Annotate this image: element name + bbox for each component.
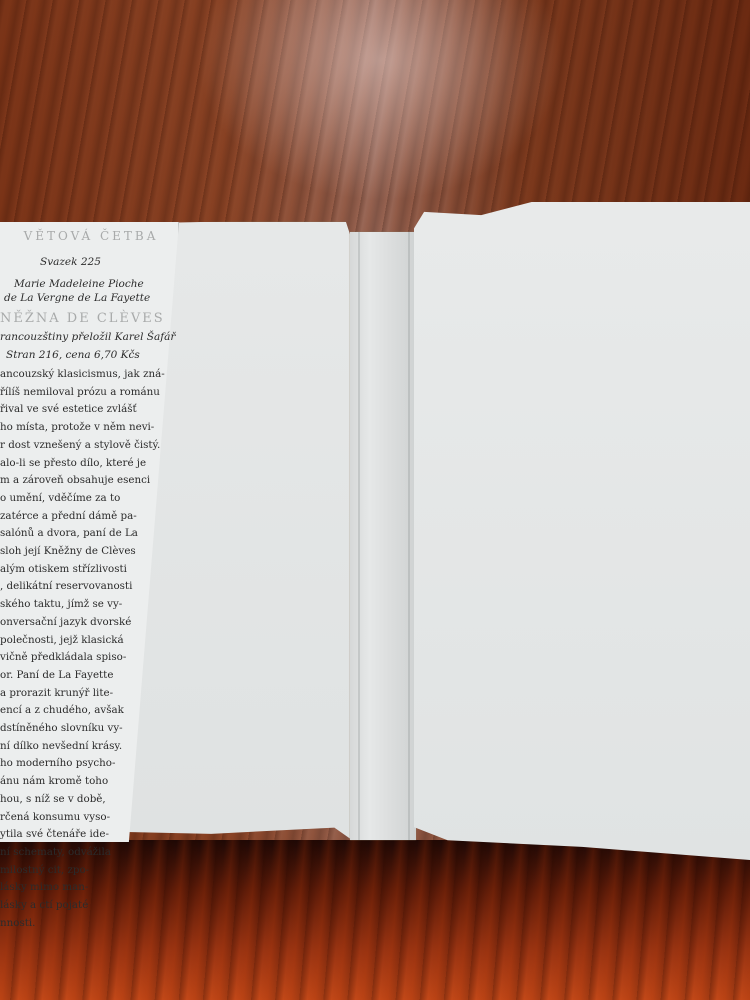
blurb-line: a prorazit krunýř lite-: [0, 685, 170, 703]
volume-number: Svazek 225: [40, 254, 101, 272]
blurb-line: vičně předkládala spiso-: [0, 649, 170, 667]
blurb-line: řival ve své estetice zvlášť: [0, 401, 170, 419]
blurb-line: sloh její Kněžny de Clèves: [0, 543, 170, 561]
blurb-line: , delikátní reservovanosti: [0, 578, 170, 596]
blurb-line: encí a z chudého, avšak: [0, 702, 170, 720]
blurb-line: polečnosti, jejž klasická: [0, 632, 170, 650]
dust-jacket-front-panel: [414, 202, 750, 860]
blurb-line: milostný cit, zpo-: [0, 862, 170, 880]
blurb-line: ho moderního psycho-: [0, 755, 170, 773]
series-name: VĚTOVÁ ČETBA: [6, 228, 176, 246]
pages-and-price: Stran 216, cena 6,70 Kčs: [6, 347, 140, 365]
blurb-line: o umění, vděčíme za to: [0, 490, 170, 508]
blurb-line: ancouzský klasicismus, jak zná-: [0, 366, 170, 384]
blurb-line: dstíněného slovníku vy-: [0, 720, 170, 738]
blurb-line: rčená konsumu vyso-: [0, 809, 170, 827]
spine-crease-right: [408, 232, 410, 840]
blurb-text: ancouzský klasicismus, jak zná- řílíš ne…: [0, 366, 170, 933]
blurb-line: onversační jazyk dvorské: [0, 614, 170, 632]
blurb-line: or. Paní de La Fayette: [0, 667, 170, 685]
blurb-line: salónů a dvora, paní de La: [0, 525, 170, 543]
blurb-line: alým otiskem střízlivosti: [0, 561, 170, 579]
blurb-line: alo-li se přesto dílo, které je: [0, 455, 170, 473]
blurb-line: r dost vznešený a stylově čistý.: [0, 437, 170, 455]
blurb-line: lásky mimo man-: [0, 879, 170, 897]
translator-credit: rancouzštiny přeložil Karel Šafář: [0, 329, 175, 347]
blurb-line: ytila své čtenáře ide-: [0, 826, 170, 844]
flap-text-block: VĚTOVÁ ČETBA Svazek 225 Marie Madeleine …: [0, 226, 172, 826]
blurb-line: lásky a ctí pojaté: [0, 897, 170, 915]
blurb-line: ní dílko nevšední krásy.: [0, 738, 170, 756]
blurb-line: ho místa, protože v něm nevi-: [0, 419, 170, 437]
blurb-line: hou, s níž se v době,: [0, 791, 170, 809]
author-line-2: de La Vergne de La Fayette: [4, 290, 150, 308]
blurb-line: zatérce a přední dámě pa-: [0, 508, 170, 526]
blurb-line: m a zároveň obsahuje esenci: [0, 472, 170, 490]
blurb-line: nnosti.: [0, 915, 170, 933]
blurb-line: ní schematy, odvážila: [0, 844, 170, 862]
blurb-line: ského taktu, jímž se vy-: [0, 596, 170, 614]
dust-jacket-spine: [350, 232, 416, 840]
blurb-line: ánu nám kromě toho: [0, 773, 170, 791]
blurb-line: řílíš nemiloval prózu a románu: [0, 384, 170, 402]
spine-crease-left: [358, 232, 360, 840]
book-title: NĚŽNA DE CLÈVES: [0, 310, 165, 328]
